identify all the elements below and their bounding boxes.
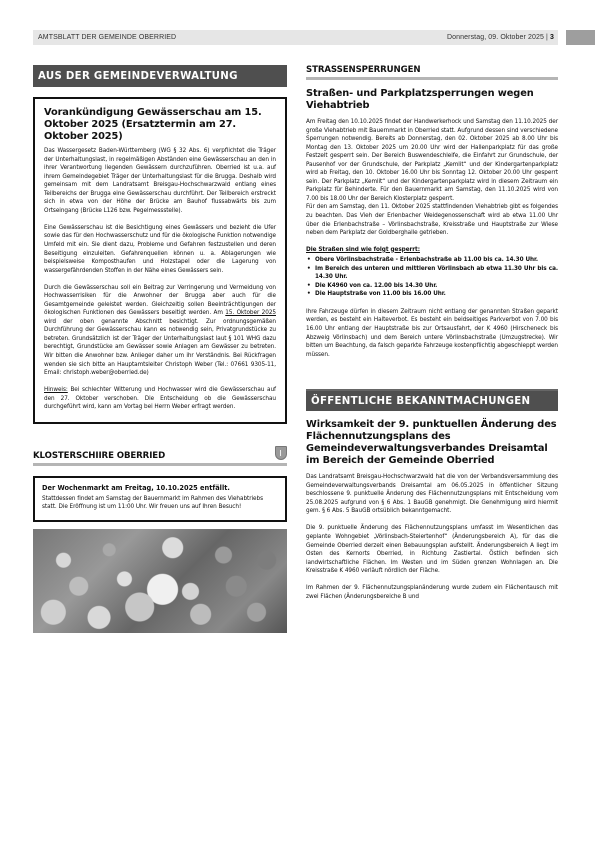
- note-label: Hinweis:: [44, 386, 68, 393]
- article-paragraph: Im Rahmen der 9. Flächennutzungsplanände…: [306, 584, 558, 601]
- section-title-bekanntmachungen: ÖFFENTLICHE BEKANNTMACHUNGEN: [306, 389, 558, 411]
- page-edge-tab: [566, 30, 595, 45]
- left-column: AUS DER GEMEINDEVERWALTUNG Vorankündigun…: [33, 65, 287, 633]
- article-paragraph: Die 9. punktuelle Änderung des Flächennu…: [306, 524, 558, 575]
- right-column: STRASSENSPERRUNGEN Straßen- und Parkplat…: [306, 65, 558, 601]
- article-paragraph: Das Landratsamt Breisgau-Hochschwarzwald…: [306, 473, 558, 516]
- list-item: Die K4960 von ca. 12.00 bis 14.30 Uhr.: [306, 282, 558, 291]
- article-note: Hinweis: Bei schlechter Witterung und Ho…: [44, 386, 276, 412]
- article-title: Straßen- und Parkplatzsperrungen wegen V…: [306, 88, 558, 112]
- article-paragraph: Das Wassergesetz Baden-Württemberg (WG §…: [44, 147, 276, 215]
- article-paragraph: Durch die Gewässerschau soll ein Beitrag…: [44, 284, 276, 378]
- article-box-gewaesserschau: Vorankündigung Gewässerschau am 15. Okto…: [33, 97, 287, 424]
- article-paragraph: Für den am Samstag, den 11. Oktober 2025…: [306, 203, 558, 237]
- list-item: Obere Vörlinsbachstraße - Erlenbachstraß…: [306, 256, 558, 265]
- closure-list: Obere Vörlinsbachstraße - Erlenbachstraß…: [306, 256, 558, 299]
- page-header: AMTSBLATT DER GEMEINDE OBERRIED Donnerst…: [33, 30, 558, 45]
- closure-list-heading: Die Straßen sind wie folgt gesperrt:: [306, 246, 558, 255]
- article-paragraph: Am Freitag den 10.10.2025 findet der Han…: [306, 118, 558, 203]
- coat-of-arms-icon: [275, 446, 287, 460]
- article-title: Wirksamkeit der 9. punktuellen Änderung …: [306, 419, 558, 467]
- list-item: Im Bereich des unteren und mittleren Vör…: [306, 265, 558, 282]
- article-title: Vorankündigung Gewässerschau am 15. Okto…: [44, 107, 276, 143]
- section-title-klosterschiire: KLOSTERSCHIIRE OBERRIED: [33, 446, 287, 466]
- info-lead: Der Wochenmarkt am Freitag, 10.10.2025 e…: [42, 484, 278, 493]
- vegetables-photo: [33, 529, 287, 633]
- info-text: Stattdessen findet am Samstag der Bauern…: [42, 495, 278, 512]
- page-number: 3: [550, 34, 554, 41]
- list-item: Die Hauptstraße von 11.00 bis 16.00 Uhr.: [306, 290, 558, 299]
- section-title-strassensperrungen: STRASSENSPERRUNGEN: [306, 65, 558, 80]
- highlighted-date: 15. Oktober 2025: [225, 309, 276, 316]
- article-paragraph: Eine Gewässerschau ist die Besichtigung …: [44, 224, 276, 275]
- article-paragraph: Ihre Fahrzeuge dürfen in diesem Zeitraum…: [306, 308, 558, 359]
- section-title-gemeindeverwaltung: AUS DER GEMEINDEVERWALTUNG: [33, 65, 287, 87]
- info-box-wochenmarkt: Der Wochenmarkt am Freitag, 10.10.2025 e…: [33, 476, 287, 522]
- issue-date: Donnerstag, 09. Oktober 2025 | 3: [447, 34, 554, 41]
- publication-name: AMTSBLATT DER GEMEINDE OBERRIED: [38, 34, 176, 41]
